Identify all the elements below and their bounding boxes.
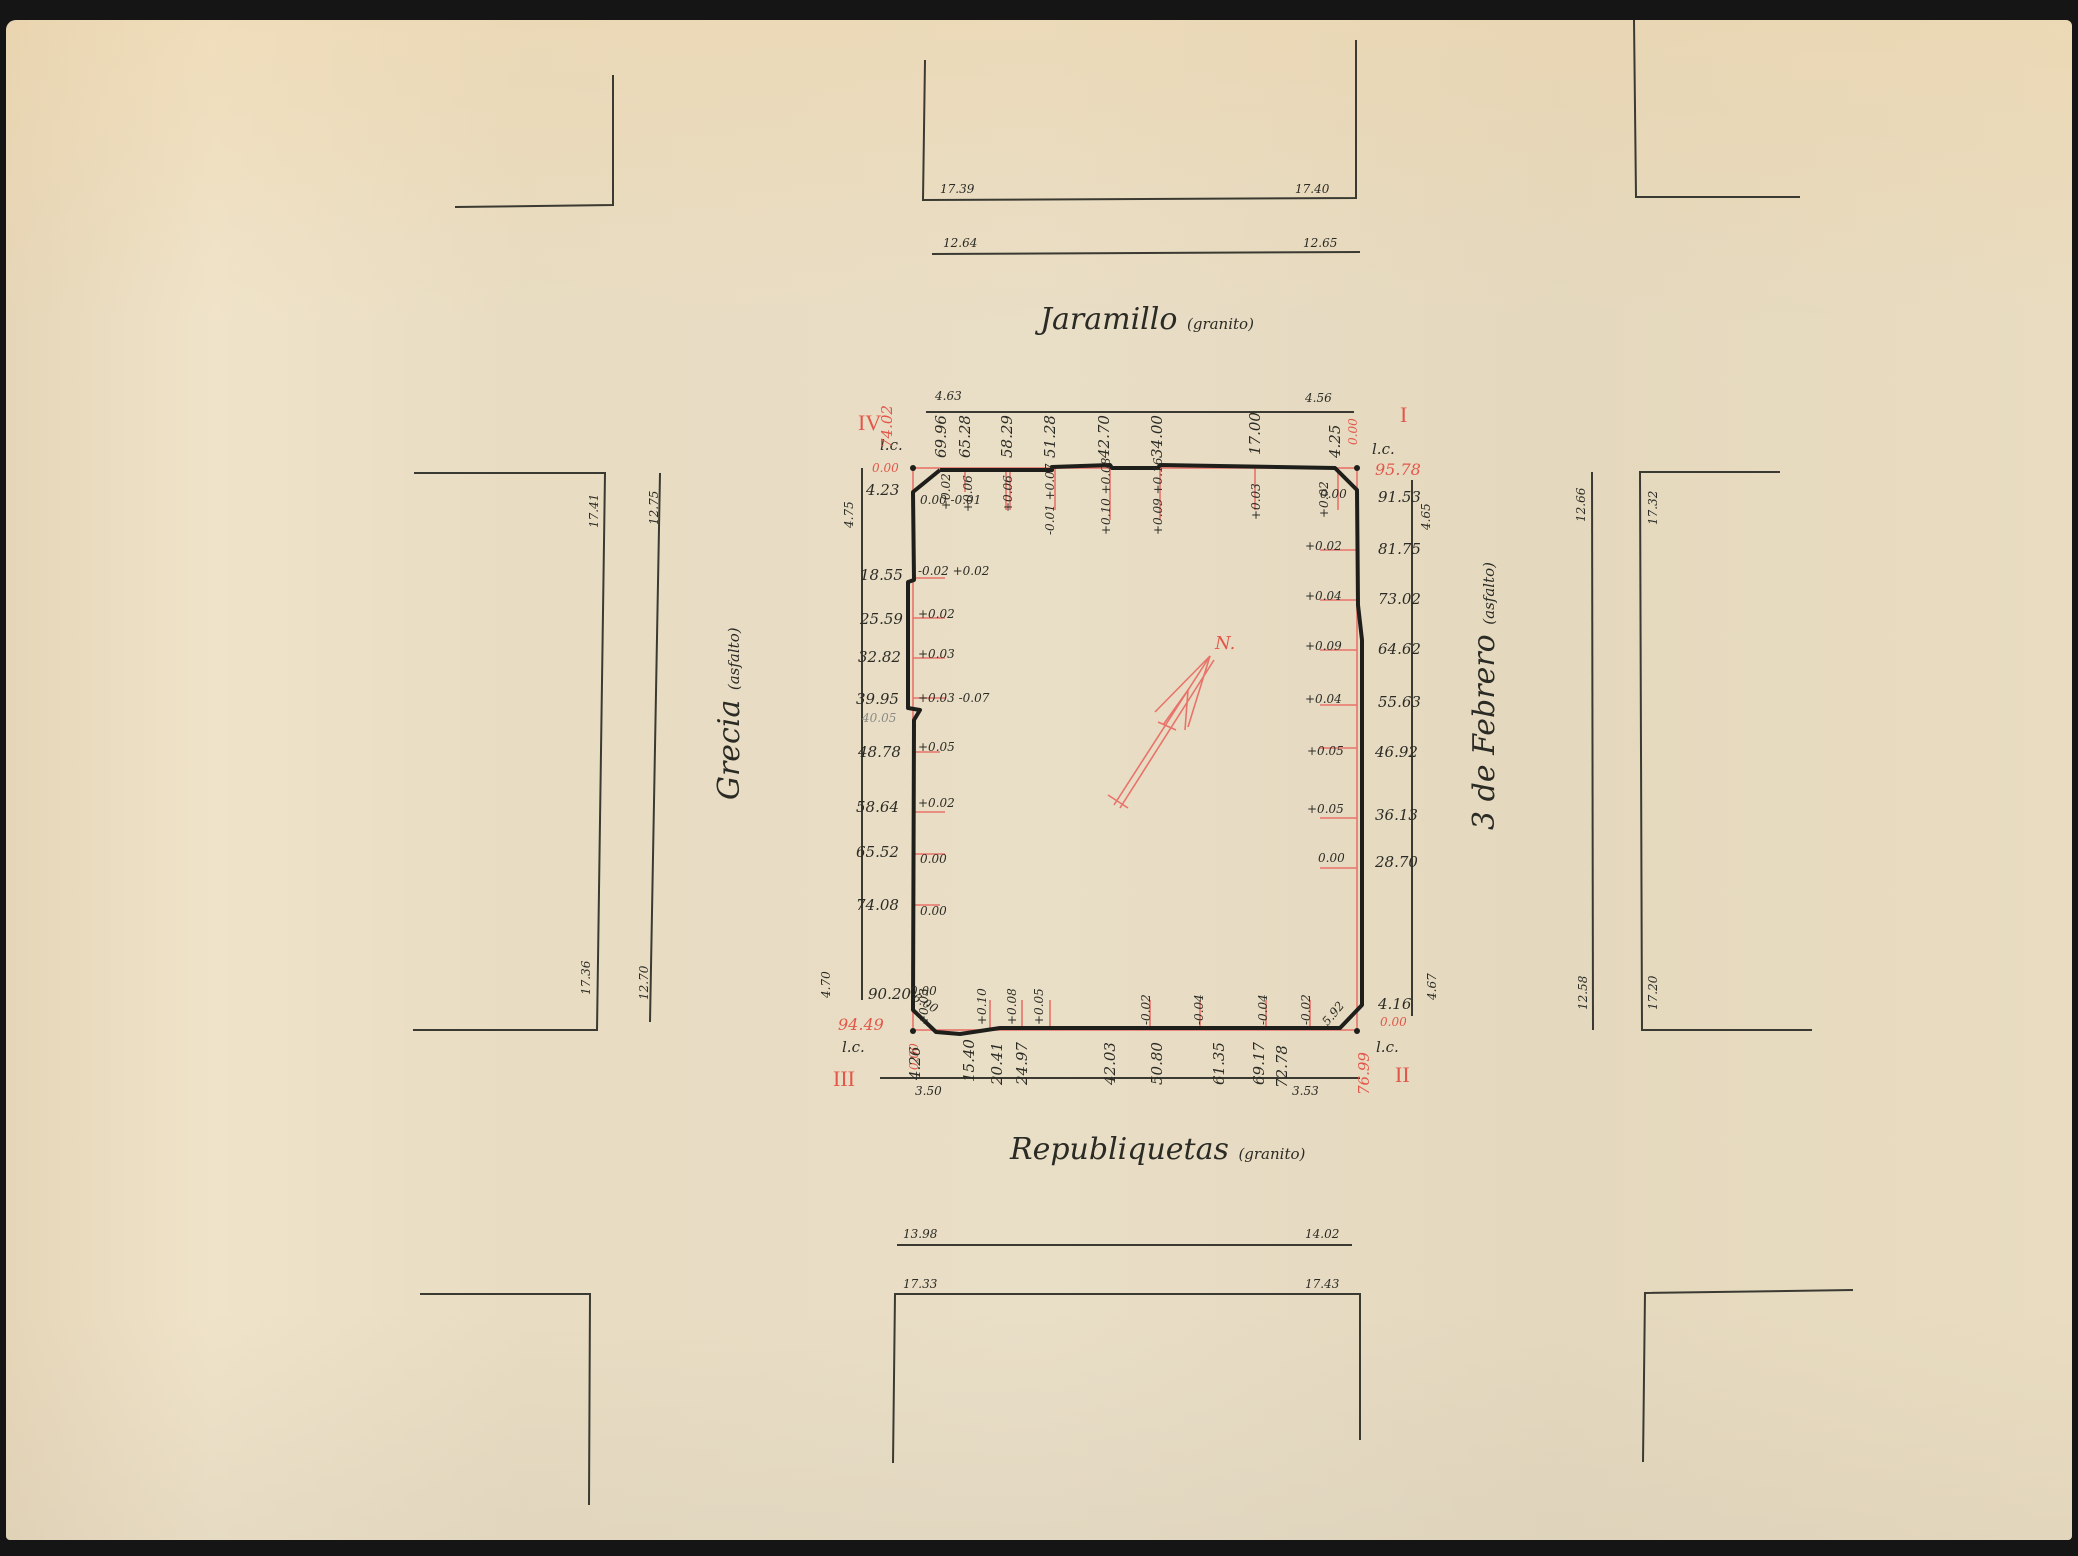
south-station: 4.26 — [908, 1047, 923, 1080]
east-offset: +0.05 — [1307, 803, 1344, 815]
east-offset: +0.09 — [1305, 640, 1342, 652]
west-station: 58.64 — [856, 800, 899, 815]
east-station: 91.53 — [1378, 490, 1421, 505]
south-center-block-outline — [893, 1294, 1360, 1463]
west-offset: -0.02 +0.02 — [918, 565, 989, 577]
south-west-block-outline — [420, 1294, 590, 1505]
corner-iii-label: III — [833, 1068, 855, 1090]
sidewalk-width-east-top: 4.65 — [1420, 503, 1432, 530]
sidewalk-width-north-right: 4.56 — [1305, 392, 1332, 404]
west-station: 90.20 — [868, 987, 911, 1002]
east-block-outline — [1640, 472, 1812, 1030]
east-offset: +0.02 — [1305, 540, 1342, 552]
street-label-south: Republiquetas (granito) — [1010, 1135, 1305, 1165]
west-offset: +0.02 — [918, 608, 955, 620]
east-curb-level-bottom: 12.58 — [1577, 976, 1589, 1010]
north-station: 4.25 — [1328, 425, 1343, 458]
east-offset: 0.00 — [1318, 852, 1345, 864]
north-station: 17.00 — [1248, 412, 1263, 455]
south-offset: -0.04 — [1257, 994, 1269, 1025]
south-offset: -0.02 — [1300, 994, 1312, 1025]
corner-i-label: I — [1400, 404, 1407, 426]
corner-iii-code: l.c. — [842, 1040, 865, 1055]
sidewalk-width-south-right: 3.53 — [1292, 1085, 1319, 1097]
west-offset: +0.05 — [918, 741, 955, 753]
north-offset: +0.03 — [1250, 483, 1262, 520]
east-station: 36.13 — [1375, 808, 1418, 823]
south-block-level-right: 17.43 — [1305, 1278, 1339, 1290]
corner-iii-point — [910, 1028, 916, 1034]
west-offset: 0.00 — [920, 853, 947, 865]
sidewalk-width-east-bottom: 4.67 — [1426, 973, 1438, 1000]
street-name: Jaramillo — [1040, 302, 1177, 337]
corner-i-side: 0.00 — [1347, 418, 1359, 445]
west-station: 4.23 — [866, 483, 899, 498]
south-east-block-outline — [1643, 1290, 1853, 1462]
west-station: 25.59 — [860, 612, 903, 627]
north-arrow-label: N. — [1215, 635, 1235, 653]
north-offset: +0.09 +0.16 — [1152, 458, 1164, 535]
west-station: 18.55 — [860, 568, 903, 583]
street-label-north: Jaramillo (granito) — [1040, 305, 1254, 335]
north-curb-level-right: 12.65 — [1303, 237, 1337, 249]
south-station: 42.03 — [1103, 1042, 1118, 1085]
south-curb-level-right: 14.02 — [1305, 1228, 1339, 1240]
street-surface: (granito) — [1238, 1145, 1305, 1163]
west-offset: 0.00 — [920, 905, 947, 917]
west-offset: 0.00 -0.01 — [920, 494, 981, 506]
east-station: 64.62 — [1378, 642, 1421, 657]
east-station: 28.70 — [1375, 855, 1418, 870]
street-name: Republiquetas — [1010, 1132, 1229, 1167]
north-curb-level-left: 12.64 — [943, 237, 977, 249]
south-offset: +0.05 — [1033, 988, 1045, 1025]
south-station: 24.97 — [1015, 1042, 1030, 1085]
west-station: 65.52 — [856, 845, 899, 860]
west-offset: +0.03 — [918, 648, 955, 660]
west-block-outline — [413, 473, 605, 1030]
corner-i-value: 95.78 — [1375, 462, 1421, 478]
north-station: 58.29 — [1000, 415, 1015, 458]
north-station: 42.70 — [1097, 415, 1112, 458]
north-curb-line — [932, 252, 1360, 254]
street-surface: (asfalto) — [725, 627, 743, 690]
east-offset: +0.04 — [1305, 590, 1342, 602]
south-station: 50.80 — [1150, 1042, 1165, 1085]
street-label-west: Grecia (asfalto) — [715, 627, 745, 800]
north-east-block-outline — [1634, 20, 1800, 197]
east-station: 55.63 — [1378, 695, 1421, 710]
block-boundary — [908, 465, 1362, 1034]
south-offset: -0.02 — [1140, 994, 1152, 1025]
north-offset: +0.10 +0.08 — [1100, 458, 1112, 535]
south-station: 61.35 — [1212, 1042, 1227, 1085]
west-curb-line — [650, 473, 660, 1022]
sidewalk-width-north-left: 4.63 — [935, 390, 962, 402]
west-curb-level-bottom: 12.70 — [638, 966, 650, 1000]
south-station: 15.40 — [962, 1039, 977, 1082]
street-name: Grecia — [712, 700, 747, 800]
north-block-level-left: 17.39 — [940, 183, 974, 195]
corner-ii-value: 76.99 — [1357, 1052, 1372, 1095]
sidewalk-width-west-bottom: 4.70 — [820, 971, 832, 998]
north-station: 51.28 — [1043, 415, 1058, 458]
sidewalk-width-south-left: 3.50 — [915, 1085, 942, 1097]
corner-i-point — [1354, 465, 1360, 471]
north-station: 34.00 — [1150, 415, 1165, 458]
north-offset: -0.01 +0.07 — [1044, 464, 1056, 535]
north-block-level-right: 17.40 — [1295, 183, 1329, 195]
south-offset: +0.08 — [1006, 988, 1018, 1025]
west-station: 39.95 — [856, 692, 899, 707]
north-offset: +0.06 — [1002, 475, 1014, 512]
survey-plan-drawing — [0, 0, 2078, 1556]
street-label-east: 3 de Febrero (asfalto) — [1470, 562, 1500, 830]
corner-ii-side: 0.00 — [1380, 1016, 1407, 1028]
west-block-level-top: 17.41 — [588, 494, 600, 528]
south-station: 69.17 — [1252, 1042, 1267, 1085]
north-arrow-icon — [1108, 656, 1214, 808]
north-station: 65.28 — [958, 415, 973, 458]
west-offset: +0.03 -0.07 — [918, 692, 989, 704]
west-offset: +0.02 — [918, 797, 955, 809]
east-offset: +0.05 — [1307, 745, 1344, 757]
east-station: 81.75 — [1378, 542, 1421, 557]
corner-i-code: l.c. — [1372, 442, 1395, 457]
street-surface: (asfalto) — [1480, 562, 1498, 625]
south-station: 20.41 — [990, 1042, 1005, 1085]
corner-iv-value: 74.02 — [880, 405, 895, 448]
corner-ii-point — [1354, 1028, 1360, 1034]
corner-iii-value: 94.49 — [838, 1017, 884, 1033]
corner-ii-code: l.c. — [1376, 1040, 1399, 1055]
west-station: 74.08 — [856, 898, 899, 913]
south-station: 72.78 — [1275, 1045, 1290, 1088]
west-station: 32.82 — [858, 650, 901, 665]
street-surface: (granito) — [1187, 315, 1254, 333]
west-curb-level-top: 12.75 — [648, 491, 660, 525]
east-block-level-top: 17.32 — [1647, 491, 1659, 525]
west-block-level-bottom: 17.36 — [580, 961, 592, 995]
east-station: 73.02 — [1378, 592, 1421, 607]
sidewalk-width-west-top: 4.75 — [843, 501, 855, 528]
corner-iv-side: 0.00 — [872, 462, 899, 474]
east-station: 4.16 — [1378, 997, 1411, 1012]
red-reference-rect — [913, 468, 1357, 1030]
east-offset: +0.04 — [1305, 693, 1342, 705]
south-block-level-left: 17.33 — [903, 1278, 937, 1290]
north-west-block-outline — [455, 75, 613, 207]
street-name: 3 de Febrero — [1467, 634, 1502, 830]
east-block-level-bottom: 17.20 — [1647, 976, 1659, 1010]
south-curb-level-left: 13.98 — [903, 1228, 937, 1240]
east-curb-line — [1592, 472, 1593, 1030]
north-center-block-outline — [923, 40, 1356, 200]
west-station: 48.78 — [858, 745, 901, 760]
south-offset: +0.10 — [976, 988, 988, 1025]
corner-iv-point — [910, 465, 916, 471]
corner-ii-label: II — [1395, 1064, 1410, 1086]
north-station: 69.96 — [934, 415, 949, 458]
south-offset: -0.04 — [1193, 994, 1205, 1025]
east-station: 46.92 — [1375, 745, 1418, 760]
east-curb-level-top: 12.66 — [1575, 488, 1587, 522]
east-offset: 0.00 — [1320, 488, 1347, 500]
west-station-note: 40.05 — [862, 712, 896, 724]
